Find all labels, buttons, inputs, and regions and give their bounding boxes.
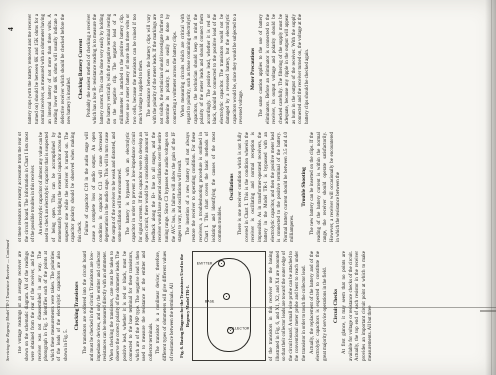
page-number: 4 (6, 27, 15, 31)
running-head: Servicing the Regency Model TR-1 Transis… (5, 237, 11, 361)
body-paragraph: The transistors are soldered into the ci… (83, 251, 155, 361)
figure-box: EMITTERBASECOLLECTOR (192, 251, 266, 361)
scan-fold-line (0, 307, 496, 308)
body-paragraph: The voltage readings of an average recei… (18, 251, 70, 361)
body-paragraph: The new battery can be inserted on the c… (310, 132, 343, 242)
body-paragraph: When measuring circuits which are critic… (181, 14, 246, 124)
section-heading: Circuit Checks (333, 251, 340, 361)
section-heading: Meter Precautions (250, 14, 257, 124)
scan-edge-shadow (485, 0, 496, 375)
text-column-2: of these resistors are readily accessibl… (18, 132, 494, 242)
section-heading: Trouble Shooting (301, 132, 308, 242)
text-column-3: battery clips (with the battery removed … (28, 14, 494, 124)
body-paragraph: The transistor is a nonlinear device; th… (156, 251, 176, 361)
body-paragraph: The battery is bypassed with an electrol… (126, 132, 185, 242)
body-paragraph: An electrolytic capacitor of almost any … (39, 132, 85, 242)
emitter-dot-center (221, 263, 223, 265)
collector-label: COLLECTOR (228, 327, 250, 330)
section-heading: Oscillations (229, 132, 236, 242)
body-paragraph: The resistance between the battery clips… (147, 14, 180, 124)
base-label: BASE (205, 301, 215, 304)
scanned-page-screenshot: Servicing the Regency Model TR-1 Transis… (0, 0, 496, 375)
body-paragraph: The same caution applies to the use of b… (259, 14, 311, 124)
body-paragraph: of these resistors are readily accessibl… (18, 132, 38, 242)
body-paragraph: Actually, the replacement of the battery… (310, 251, 330, 361)
body-paragraph: Failure of capacitor C19 in the audio st… (85, 132, 124, 242)
base-dot-center (226, 296, 228, 298)
section-heading: Checking Transistors (74, 251, 81, 361)
body-paragraph: The insertion of a new battery will not … (186, 132, 225, 242)
body-paragraph: of the transistors in this receiver use … (269, 251, 308, 361)
text-column-1: The voltage readings of an average recei… (18, 251, 494, 361)
figure-caption: Fig. 6. Basing Diagram for the Transisto… (179, 252, 190, 360)
body-paragraph: At first glance, it may seem that no poi… (342, 251, 375, 361)
body-paragraph: battery clips (with the battery removed … (28, 14, 74, 124)
emitter-label: EMITTER (197, 262, 213, 265)
body-paragraph: Probably the easiest method of checking … (87, 14, 146, 124)
transistor-outline (207, 258, 251, 352)
body-paragraph: There is one receiver condition which is… (238, 132, 297, 242)
page-root: Servicing the Regency Model TR-1 Transis… (0, 0, 496, 375)
section-heading: Checking Battery Current (78, 14, 85, 124)
